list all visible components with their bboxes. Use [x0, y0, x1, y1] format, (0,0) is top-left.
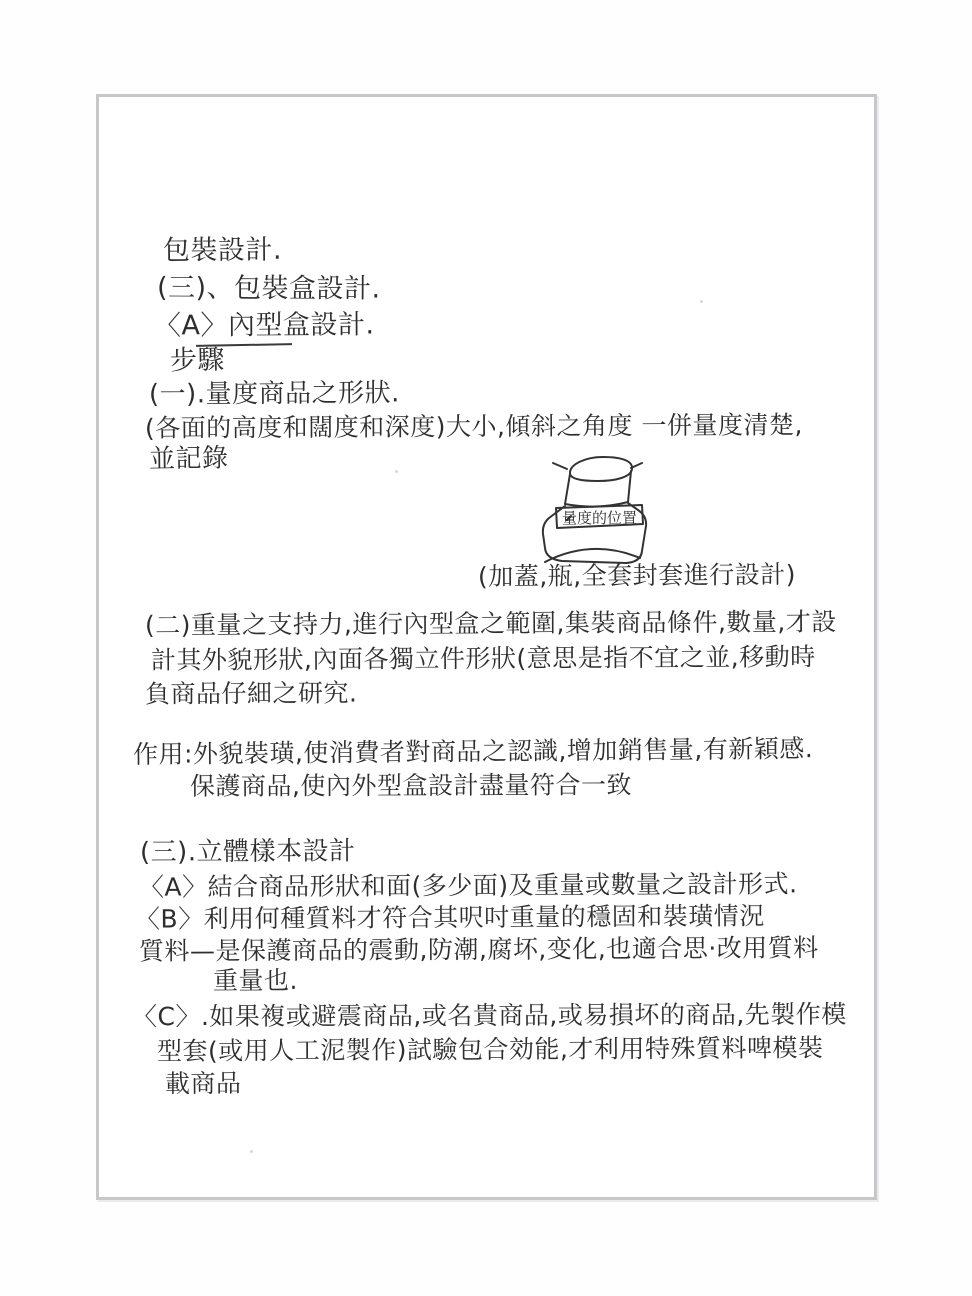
handwritten-line: 〈A〉內型盒設計.	[154, 310, 375, 341]
handwritten-line: 〈B〉利用何種質料才符合其呎吋重量的穩固和裝璜情況	[135, 902, 765, 933]
scan-speckle	[250, 1150, 253, 1153]
handwritten-line: 保護商品,使內外型盒設計盡量符合一致	[190, 771, 632, 800]
handwritten-line: 並記錄	[149, 444, 229, 474]
handwritten-line: 型套(或用人工泥製作)試驗包合効能,才利用特殊質料啤模裝	[157, 1034, 824, 1065]
scan-speckle	[395, 470, 398, 473]
handwritten-line: 步驟	[170, 346, 226, 377]
figure-label-text: 量度的位置	[562, 509, 637, 527]
handwritten-line: 〈A〉結合商品形狀和面(多少面)及重量或數量之設計形式.	[139, 870, 798, 901]
handwritten-line: 質料—是保護商品的震動,防潮,腐坏,变化,也適合思·改用質料	[139, 934, 819, 965]
handwritten-line: 載商品	[165, 1070, 242, 1098]
title-line: 包裝設計.	[163, 236, 282, 266]
handwritten-line: 重量也.	[213, 967, 298, 995]
scanned-page: 包裝設計. (三)、包裝盒設計. 〈A〉內型盒設計. 步驟 (一).量度商品之形…	[0, 0, 972, 1296]
scan-speckle	[700, 300, 703, 303]
handwritten-line: (三).立體樣本設計	[140, 837, 356, 867]
handwritten-line: (一).量度商品之形狀.	[149, 379, 400, 409]
handwritten-line: 作用:外貌裝璜,使消費者對商品之認識,增加銷售量,有新穎感.	[133, 735, 813, 768]
jar-lid-left	[565, 474, 570, 504]
tick-mark-left	[553, 463, 567, 469]
handwritten-line: (二)重量之支持力,進行內型盒之範圍,集裝商品條件,數量,才設	[145, 608, 837, 639]
handwritten-line: 計其外貌形狀,內面各獨立件形狀(意思是指不宜之並,移動時	[151, 643, 816, 674]
handwritten-line: 負商品仔細之研究.	[145, 679, 358, 708]
figure-caption: (加蓋,瓶,全套封套進行設計)	[478, 561, 796, 591]
jar-lid-top	[570, 457, 632, 481]
handwritten-line: 〈C〉.如果複或避震商品,或名貴商品,或易損坏的商品,先製作模	[132, 1001, 847, 1031]
handwritten-line: (三)、包裝盒設計.	[157, 273, 381, 304]
handwritten-line: (各面的高度和闊度和深度)大小,傾斜之角度 一併量度清楚,	[145, 411, 803, 442]
